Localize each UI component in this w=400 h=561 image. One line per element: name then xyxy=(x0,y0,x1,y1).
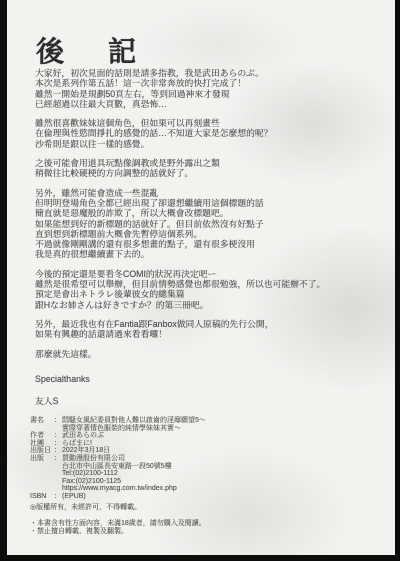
colophon-label: 書名 xyxy=(30,417,54,425)
colophon-row-publish-date: 出版日 ： 2022年3月18日 xyxy=(30,447,360,455)
paragraph-line: 但明明登場角色全都已經出現了卻還想繼續用這個標題的話 xyxy=(35,198,375,208)
scan-border-left xyxy=(0,0,7,561)
publisher-info: 買動漫股份有限公司 台北市中山區長安東路一段50號5樓 Tel:(02)2100… xyxy=(62,455,360,493)
paragraph-line: 如果能想到好的新標題的話就好了。但目前依然沒有好點子 xyxy=(35,219,375,229)
paragraph-line: 預定是會出ネトラレ後輩彼女的總集篇 xyxy=(35,289,375,299)
afterword-title-char-1: 後 xyxy=(36,30,64,70)
colophon: 書名 ： 悶騷女風紀委員對他人難以啟齒的淫靡願望5～ 實際穿著情色服裝的純情學妹… xyxy=(30,417,360,535)
colophon-row-author: 作者 ： 武田あらのぶ xyxy=(30,432,360,440)
scan-border-right xyxy=(395,0,400,561)
book-title-line: 悶騷女風紀委員對他人難以啟齒的淫靡願望5～ xyxy=(62,417,360,425)
colophon-separator: ： xyxy=(54,432,62,440)
afterword-body: 大家好，初次見面的話則是請多指教，我是武田あらのぶ。 本次是系列作第五話！這一次… xyxy=(35,68,375,406)
paragraph-line: 直到想到新標題前大概會先暫停這個系列。 xyxy=(35,229,375,239)
afterword-title-char-2: 記 xyxy=(108,30,136,70)
special-thanks-friend: 友人S xyxy=(35,396,375,406)
warning-notes: ・本書含有性方面內容，未滿18歲者，請勿購入及閱讀。 ・禁止擅自轉載、複製及翻製… xyxy=(30,520,360,535)
paragraph-greeting: 大家好，初次見面的話則是請多指教，我是武田あらのぶ。 本次是系列作第五話！這一次… xyxy=(35,68,375,109)
author-name: 武田あらのぶ xyxy=(62,432,360,440)
adult-content-warning: ・本書含有性方面內容，未滿18歲者，請勿購入及閱讀。 xyxy=(30,520,360,528)
paragraph-line: 之後可能會用道具玩點像調教或是野外露出之類 xyxy=(35,158,375,168)
colophon-label: 作者 xyxy=(30,432,54,440)
paragraph-line: 跟Hなお姉さんは好きですか？的第三冊吧。 xyxy=(35,300,375,310)
paragraph-line: 雖然是很希望可以舉辦，但目前情勢感覺也都很勉強，所以也可能辦不了。 xyxy=(35,279,375,289)
book-title-line: 實際穿著情色服裝的純情學妹妹其實～ xyxy=(62,425,360,433)
paragraph-line: 稍微往比較硬梗的方向調整的話就好了。 xyxy=(35,168,375,178)
paragraph-line: 在倫理與性慾間掙扎的感覺的話…不知道大家是怎麼想的呢？ xyxy=(35,128,375,138)
paragraph-line: 不過就像剛剛講的還有很多想畫的點子，還有很多梗沒用 xyxy=(35,239,375,249)
publisher-name: 買動漫股份有限公司 xyxy=(62,455,360,463)
afterword-title: 後 記 xyxy=(36,30,136,70)
paragraph-future-ideas: 之後可能會用道具玩點像調教或是野外露出之類 稍微往比較硬梗的方向調整的話就好了。 xyxy=(35,158,375,179)
colophon-row-publisher: 出版 ： 買動漫股份有限公司 台北市中山區長安東路一段50號5樓 Tel:(02… xyxy=(30,455,360,493)
colophon-separator: ： xyxy=(54,493,62,501)
paragraph-line: 如果有興趣的話還請過來看看囉！ xyxy=(35,329,375,339)
colophon-row-book-title: 書名 ： 悶騷女風紀委員對他人難以啟齒的淫靡願望5～ 實際穿著情色服裝的純情學妹… xyxy=(30,417,360,432)
paragraph-line: 沙希則是跟以往一樣的感覺。 xyxy=(35,139,375,149)
publisher-url: https://www.myacg.com.tw/index.php xyxy=(62,485,360,493)
colophon-separator: ： xyxy=(54,455,62,463)
isbn-value: (EPUB) xyxy=(62,493,360,501)
scan-border-bottom xyxy=(0,555,400,561)
paragraph-line: 另外，最近我也有在Fantia跟Fanbox做同人原稿的先行公開， xyxy=(35,319,375,329)
paragraph-line: 今後的預定還是要看冬COMI的狀況再決定吧ー xyxy=(35,269,375,279)
colophon-separator: ： xyxy=(54,440,62,448)
paragraph-character: 雖然很喜歡妹妹這個角色，但如果可以再刻畫些 在倫理與性慾間掙扎的感覺的話…不知道… xyxy=(35,118,375,149)
paragraph-fantia-fanbox: 另外，最近我也有在Fantia跟Fanbox做同人原稿的先行公開， 如果有興趣的… xyxy=(35,319,375,340)
copyright-notice: ◎版權所有，未經許可，不得轉載。 xyxy=(30,504,360,512)
paragraph-line: 大家好，初次見面的話則是請多指教，我是武田あらのぶ。 xyxy=(35,68,375,78)
paragraph-series-title: 另外，雖然可能會造成一些混亂 但明明登場角色全都已經出現了卻還想繼續用這個標題的… xyxy=(35,188,375,260)
paragraph-plans: 今後的預定還是要看冬COMI的狀況再決定吧ー 雖然是很希望可以舉辦，但目前情勢感… xyxy=(35,269,375,310)
paragraph-line: 那麼就先這樣。 xyxy=(35,349,375,359)
paragraph-closing: 那麼就先這樣。 xyxy=(35,349,375,359)
paragraph-line: 本次是系列作第五話！這一次非常奔放的快打完成了！ xyxy=(35,78,375,88)
paragraph-line: 另外，雖然可能會造成一些混亂 xyxy=(35,188,375,198)
colophon-label: 出版日 xyxy=(30,447,54,455)
paragraph-line: 雖然很喜歡妹妹這個角色，但如果可以再刻畫些 xyxy=(35,118,375,128)
publish-date: 2022年3月18日 xyxy=(62,447,360,455)
colophon-label: 出版 xyxy=(30,455,54,463)
paragraph-line: 已經超過以往最大頁數，真恐怖… xyxy=(35,99,375,109)
colophon-separator: ： xyxy=(54,417,62,425)
colophon-separator: ： xyxy=(54,447,62,455)
colophon-value: 悶騷女風紀委員對他人難以啟齒的淫靡願望5～ 實際穿著情色服裝的純情學妹妹其實～ xyxy=(62,417,360,432)
publisher-tel: Tel:(02)2100-1112 xyxy=(62,470,360,478)
colophon-row-isbn: ISBN ： (EPUB) xyxy=(30,493,360,501)
colophon-label: ISBN xyxy=(30,493,54,501)
no-reproduction-warning: ・禁止擅自轉載、複製及翻製。 xyxy=(30,528,360,536)
paragraph-line: 雖然一開始是規劃50頁左右，等到回過神來才發現 xyxy=(35,89,375,99)
paragraph-line: 我是真的很想繼續畫下去的。 xyxy=(35,249,375,259)
special-thanks-label: Specialthanks xyxy=(35,374,375,384)
paragraph-line: 簡直就是惡魔般的詐欺了，所以大概會改標題吧。 xyxy=(35,208,375,218)
